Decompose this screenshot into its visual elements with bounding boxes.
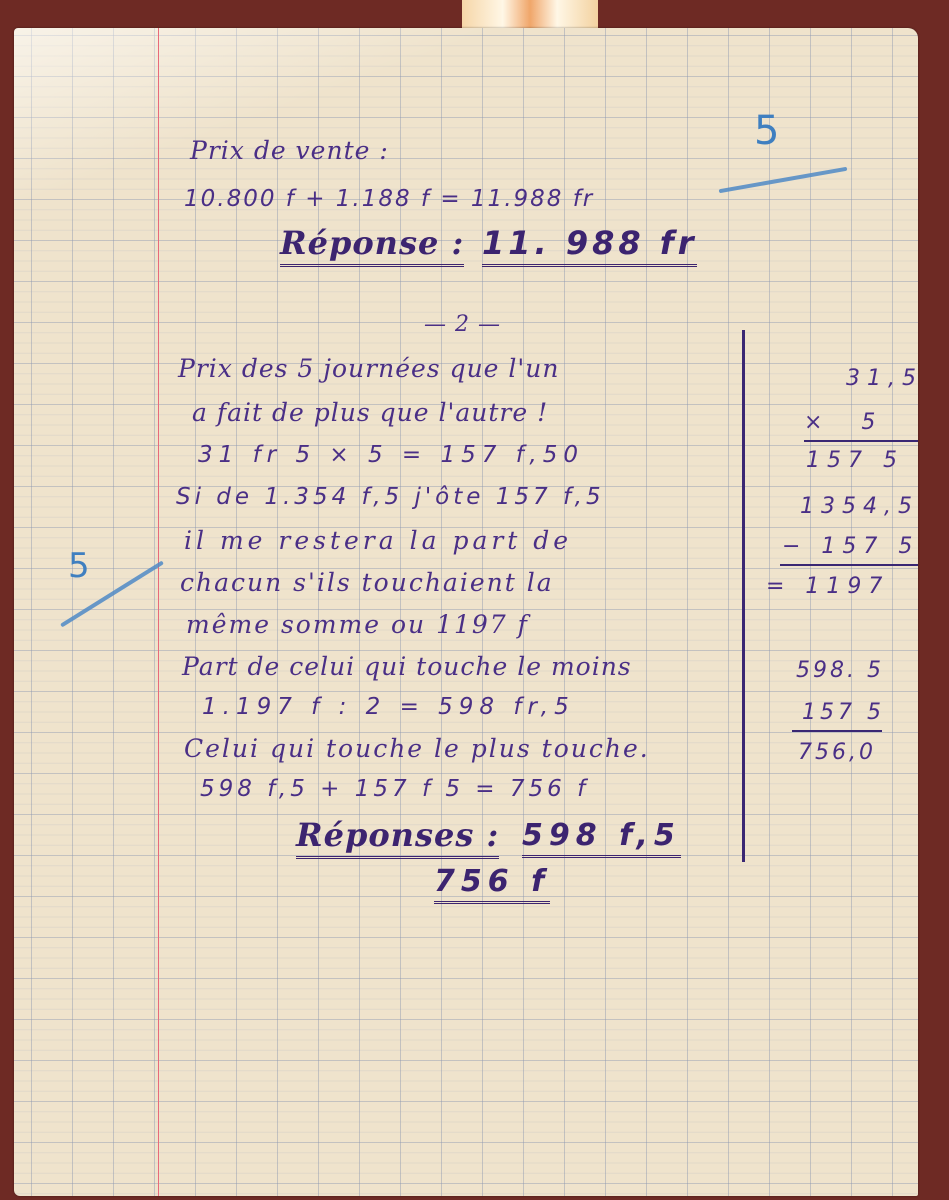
sub-rule [780, 564, 918, 566]
part1-heading: Prix de vente : [190, 136, 389, 165]
line-4: Si de 1.354 f,5 j'ôte 157 f,5 [176, 484, 605, 510]
line-10: Celui qui touche le plus touche. [184, 734, 650, 763]
section-number: — 2 — [424, 312, 501, 337]
margin-line [158, 28, 159, 1196]
grade-top-right: 5 [754, 108, 779, 154]
calculation-divider [742, 330, 745, 862]
answer-2: 756 f [434, 864, 550, 904]
line-9: 1.197 f : 2 = 598 fr,5 [202, 694, 575, 720]
mult-multiplier: × 5 [804, 410, 891, 435]
line-3: 31 fr 5 × 5 = 157 f,50 [198, 442, 584, 468]
line-5: il me restera la part de [184, 526, 572, 555]
add-rule [792, 730, 882, 732]
part1-equation: 10.800 f + 1.188 f = 11.988 fr [184, 186, 594, 212]
mult-rule [804, 440, 918, 442]
line-1: Prix des 5 journées que l'un [178, 354, 559, 383]
answer-1: 598 f,5 [522, 818, 681, 858]
line-7: même somme ou 1197 f [186, 610, 529, 639]
answers-label: Réponses : [296, 816, 499, 859]
grade-underline-stroke [719, 167, 848, 194]
grade-left-margin: 5 [68, 546, 90, 586]
sub-subtrahend: − 157 5 [782, 534, 919, 559]
line-8: Part de celui qui touche le moins [182, 652, 632, 681]
notebook-page: Prix de vente : 10.800 f + 1.188 f = 11.… [14, 28, 918, 1196]
line-6: chacun s'ils touchaient la [180, 568, 554, 597]
part1-answer-value: 11. 988 fr [482, 224, 697, 267]
line-2: a fait de plus que l'autre ! [192, 398, 548, 427]
sub-result: = 1197 [766, 574, 889, 599]
line-11: 598 f,5 + 157 f 5 = 756 f [200, 776, 589, 802]
mult-result: 157 5 [806, 448, 904, 473]
part1-answer-label: Réponse : [280, 224, 464, 267]
add-b: 157 5 [802, 700, 885, 725]
mult-operand: 31,5 [846, 366, 923, 391]
sub-minuend: 1354,5 [800, 494, 919, 519]
add-result: 756,0 [798, 740, 876, 765]
add-a: 598. 5 [796, 658, 884, 683]
